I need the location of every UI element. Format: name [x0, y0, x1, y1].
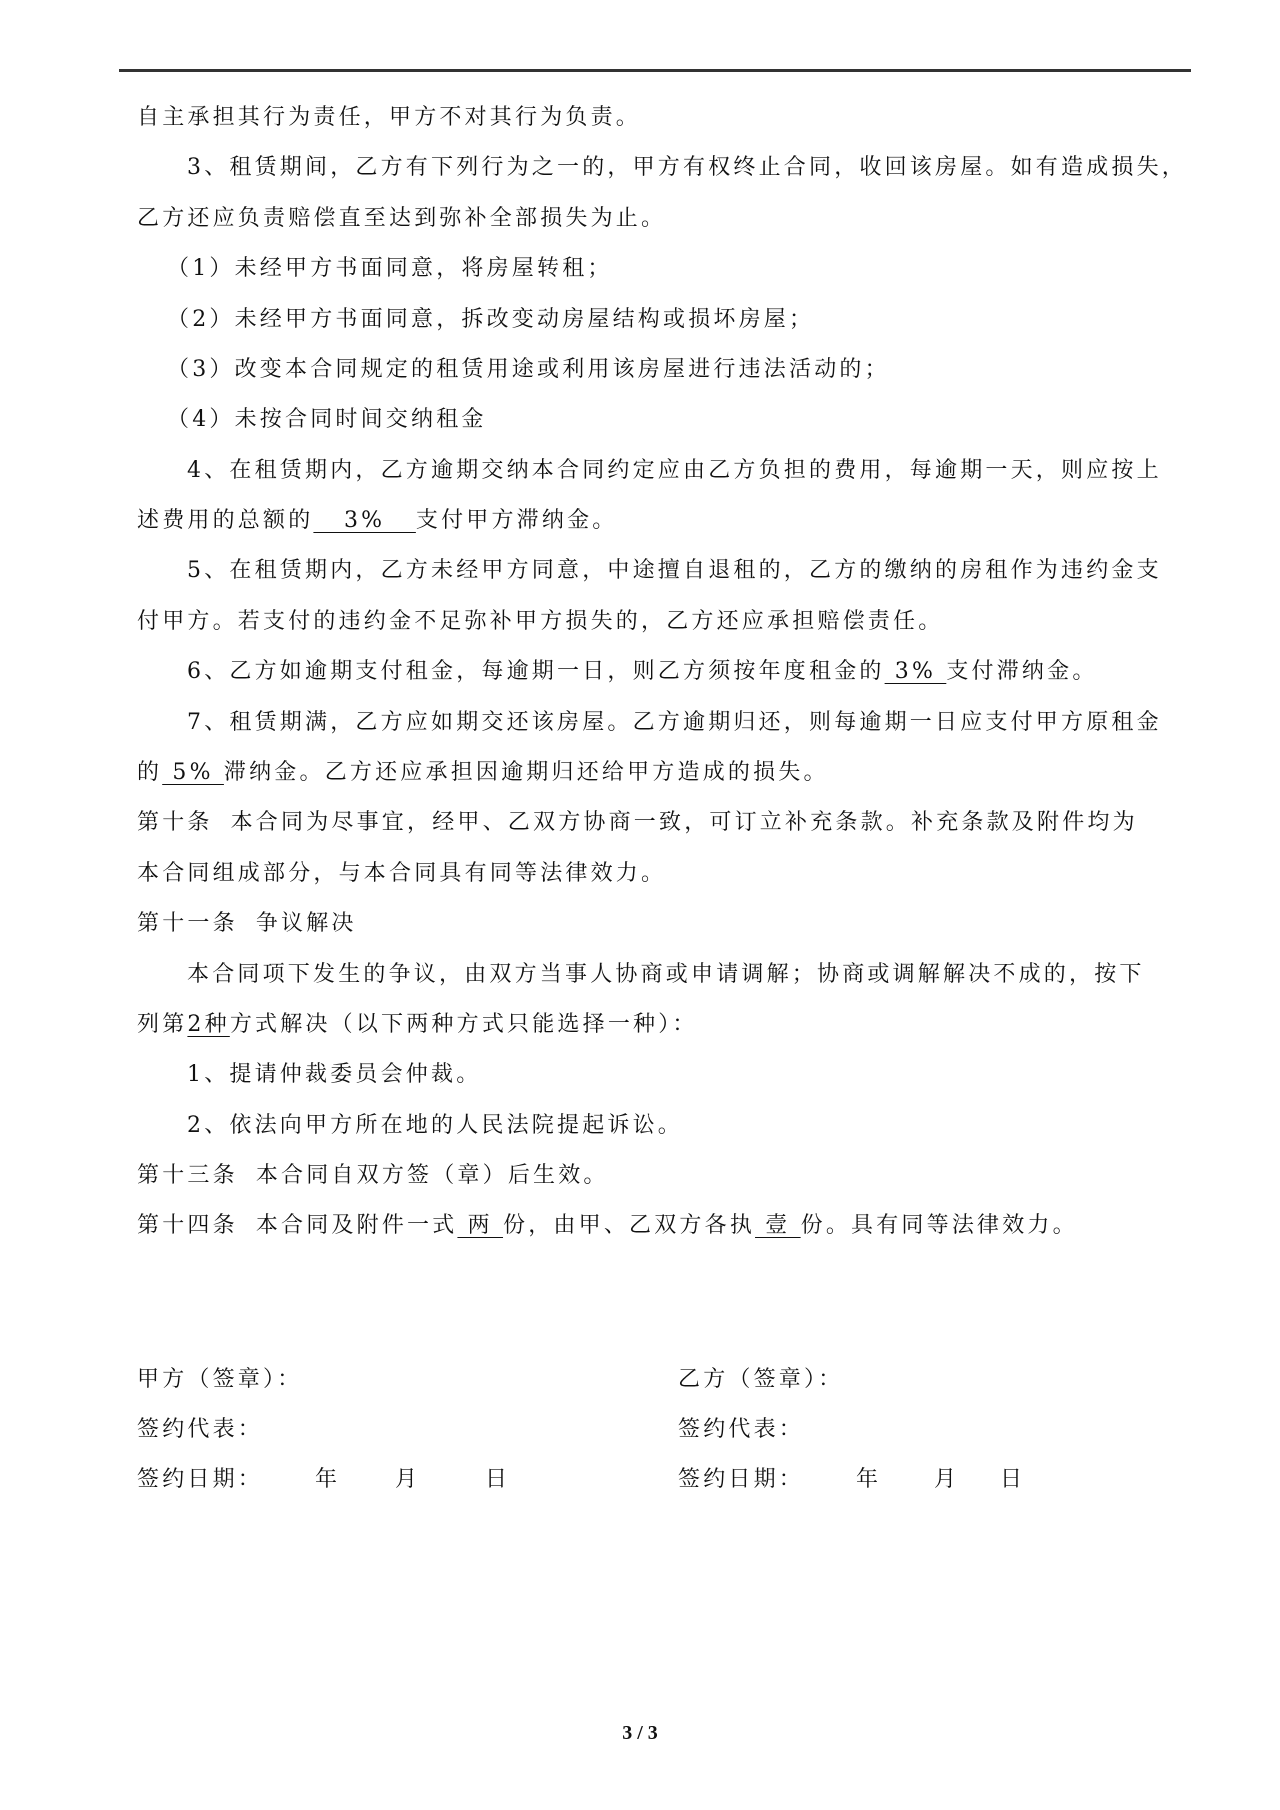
- fill-in-value: 3%: [885, 659, 947, 684]
- list-item: （1）未经甲方书面同意，将房屋转租；: [137, 249, 1227, 289]
- text: 支付甲方滞纳金。: [416, 508, 618, 533]
- paragraph-line: 的 5% 滞纳金。乙方还应承担因逾期归还给甲方造成的损失。: [137, 753, 1197, 793]
- paragraph-line: 付甲方。若支付的违约金不足弥补甲方损失的，乙方还应承担赔偿责任。: [137, 602, 1197, 642]
- party-b-stamp-label: 乙方（签章）：: [678, 1360, 843, 1400]
- paragraph-line: 本合同组成部分，与本合同具有同等法律效力。: [137, 854, 1197, 894]
- article-label: 第十三条: [137, 1163, 238, 1188]
- party-a-month: 月: [395, 1460, 420, 1500]
- party-a-stamp-label: 甲方（签章）：: [137, 1360, 302, 1400]
- party-b-month: 月: [934, 1460, 959, 1500]
- fill-in-value: 两: [457, 1213, 503, 1238]
- party-b-day: 日: [1000, 1460, 1025, 1500]
- article-10: 第十条本合同为尽事宜，经甲、乙双方协商一致，可订立补充条款。补充条款及附件均为: [137, 803, 1197, 843]
- paragraph-line: 本合同项下发生的争议，由双方当事人协商或申请调解；协商或调解解决不成的，按下: [137, 955, 1247, 995]
- text: 本合同为尽事宜，经甲、乙双方协商一致，可订立补充条款。补充条款及附件均为: [231, 810, 1138, 835]
- clause-4-line: 4、在租赁期内，乙方逾期交纳本合同约定应由乙方负担的费用，每逾期一天，则应按上: [137, 451, 1247, 491]
- fill-in-value: 3%: [313, 508, 415, 533]
- text: 份。具有同等法律效力。: [801, 1213, 1078, 1238]
- party-a-date-label: 签约日期：: [137, 1460, 263, 1500]
- text: 方式解决（以下两种方式只能选择一种）：: [230, 1012, 698, 1037]
- fill-in-value: 2种: [187, 1012, 229, 1037]
- list-item: 1、提请仲裁委员会仲裁。: [137, 1055, 1247, 1095]
- article-13: 第十三条本合同自双方签（章）后生效。: [137, 1156, 1197, 1196]
- party-a-year: 年: [315, 1460, 340, 1500]
- fill-in-value: 壹: [755, 1213, 801, 1238]
- clause-7-line: 7、租赁期满，乙方应如期交还该房屋。乙方逾期归还，则每逾期一日应支付甲方原租金: [137, 703, 1247, 743]
- article-11: 第十一条争议解决: [137, 904, 1197, 944]
- text: 列第: [137, 1012, 187, 1037]
- text: 本合同及附件一式: [256, 1213, 458, 1238]
- party-a-day: 日: [485, 1460, 510, 1500]
- article-label: 第十一条: [137, 911, 238, 936]
- text: 述费用的总额的: [137, 508, 313, 533]
- clause-5-line: 5、在租赁期内，乙方未经甲方同意，中途擅自退租的，乙方的缴纳的房租作为违约金支: [137, 551, 1247, 591]
- article-title: 争议解决: [256, 911, 357, 936]
- party-b-date-label: 签约日期：: [678, 1460, 804, 1500]
- list-item: （4）未按合同时间交纳租金: [137, 400, 1227, 440]
- list-item: （3）改变本合同规定的租赁用途或利用该房屋进行违法活动的；: [137, 350, 1227, 390]
- paragraph-line: 述费用的总额的 3% 支付甲方滞纳金。: [137, 501, 1197, 541]
- paragraph-line: 自主承担其行为责任，甲方不对其行为负责。: [137, 98, 1197, 138]
- text: 份，由甲、乙双方各执: [503, 1213, 755, 1238]
- party-b-rep-label: 签约代表：: [678, 1410, 804, 1450]
- fill-in-value: 5%: [162, 760, 224, 785]
- paragraph-line: 乙方还应负责赔偿直至达到弥补全部损失为止。: [137, 199, 1197, 239]
- article-label: 第十四条: [137, 1213, 238, 1238]
- party-b-year: 年: [856, 1460, 881, 1500]
- list-item: （2）未经甲方书面同意，拆改变动房屋结构或损坏房屋；: [137, 300, 1227, 340]
- list-item: 2、依法向甲方所在地的人民法院提起诉讼。: [137, 1106, 1247, 1146]
- text: 本合同自双方签（章）后生效。: [256, 1163, 609, 1188]
- party-a-rep-label: 签约代表：: [137, 1410, 263, 1450]
- article-14: 第十四条本合同及附件一式 两 份，由甲、乙双方各执 壹 份。具有同等法律效力。: [137, 1206, 1197, 1246]
- text: 支付滞纳金。: [946, 659, 1097, 684]
- text: 6、乙方如逾期支付租金，每逾期一日，则乙方须按年度租金的: [187, 659, 885, 684]
- text: 滞纳金。乙方还应承担因逾期归还给甲方造成的损失。: [224, 760, 829, 785]
- clause-3-line: 3、租赁期间，乙方有下列行为之一的，甲方有权终止合同，收回该房屋。如有造成损失，: [137, 148, 1247, 188]
- page-number: 3 / 3: [0, 1722, 1280, 1745]
- header-rule: [119, 69, 1191, 72]
- paragraph-line: 列第2种方式解决（以下两种方式只能选择一种）：: [137, 1005, 1197, 1045]
- clause-6-line: 6、乙方如逾期支付租金，每逾期一日，则乙方须按年度租金的 3% 支付滞纳金。: [137, 652, 1247, 692]
- text: 的: [137, 760, 162, 785]
- article-label: 第十条: [137, 810, 213, 835]
